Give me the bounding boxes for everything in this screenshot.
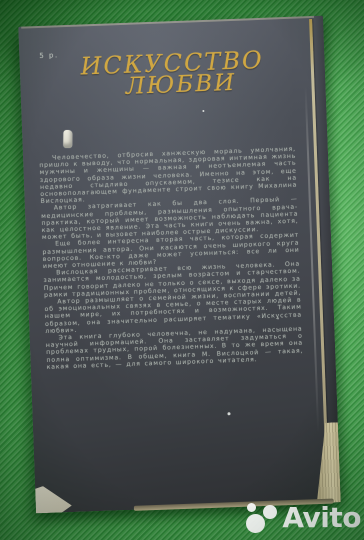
avito-logo-big-circle xyxy=(246,514,265,533)
avito-logo-small-circle xyxy=(247,503,256,512)
white-paint-mark xyxy=(63,130,72,148)
avito-logo-medium-circle xyxy=(263,505,277,519)
avito-watermark-text: Avito xyxy=(282,503,361,533)
listing-photo: 5 р. Искусство любви Человечество, отбро… xyxy=(0,0,364,540)
page-edges-bottom-right xyxy=(314,422,341,503)
annotation-blurb: Человечество, отбросив ханжескую мораль … xyxy=(39,146,304,371)
avito-logo-icon xyxy=(246,503,279,534)
scuff-speck xyxy=(202,110,204,112)
worn-corner-bottom-left xyxy=(35,482,72,513)
scuff-speck xyxy=(227,412,230,415)
book-title: Искусство любви xyxy=(19,44,326,104)
avito-watermark: Avito xyxy=(246,503,361,534)
book-back-cover: 5 р. Искусство любви Человечество, отбро… xyxy=(18,16,341,514)
